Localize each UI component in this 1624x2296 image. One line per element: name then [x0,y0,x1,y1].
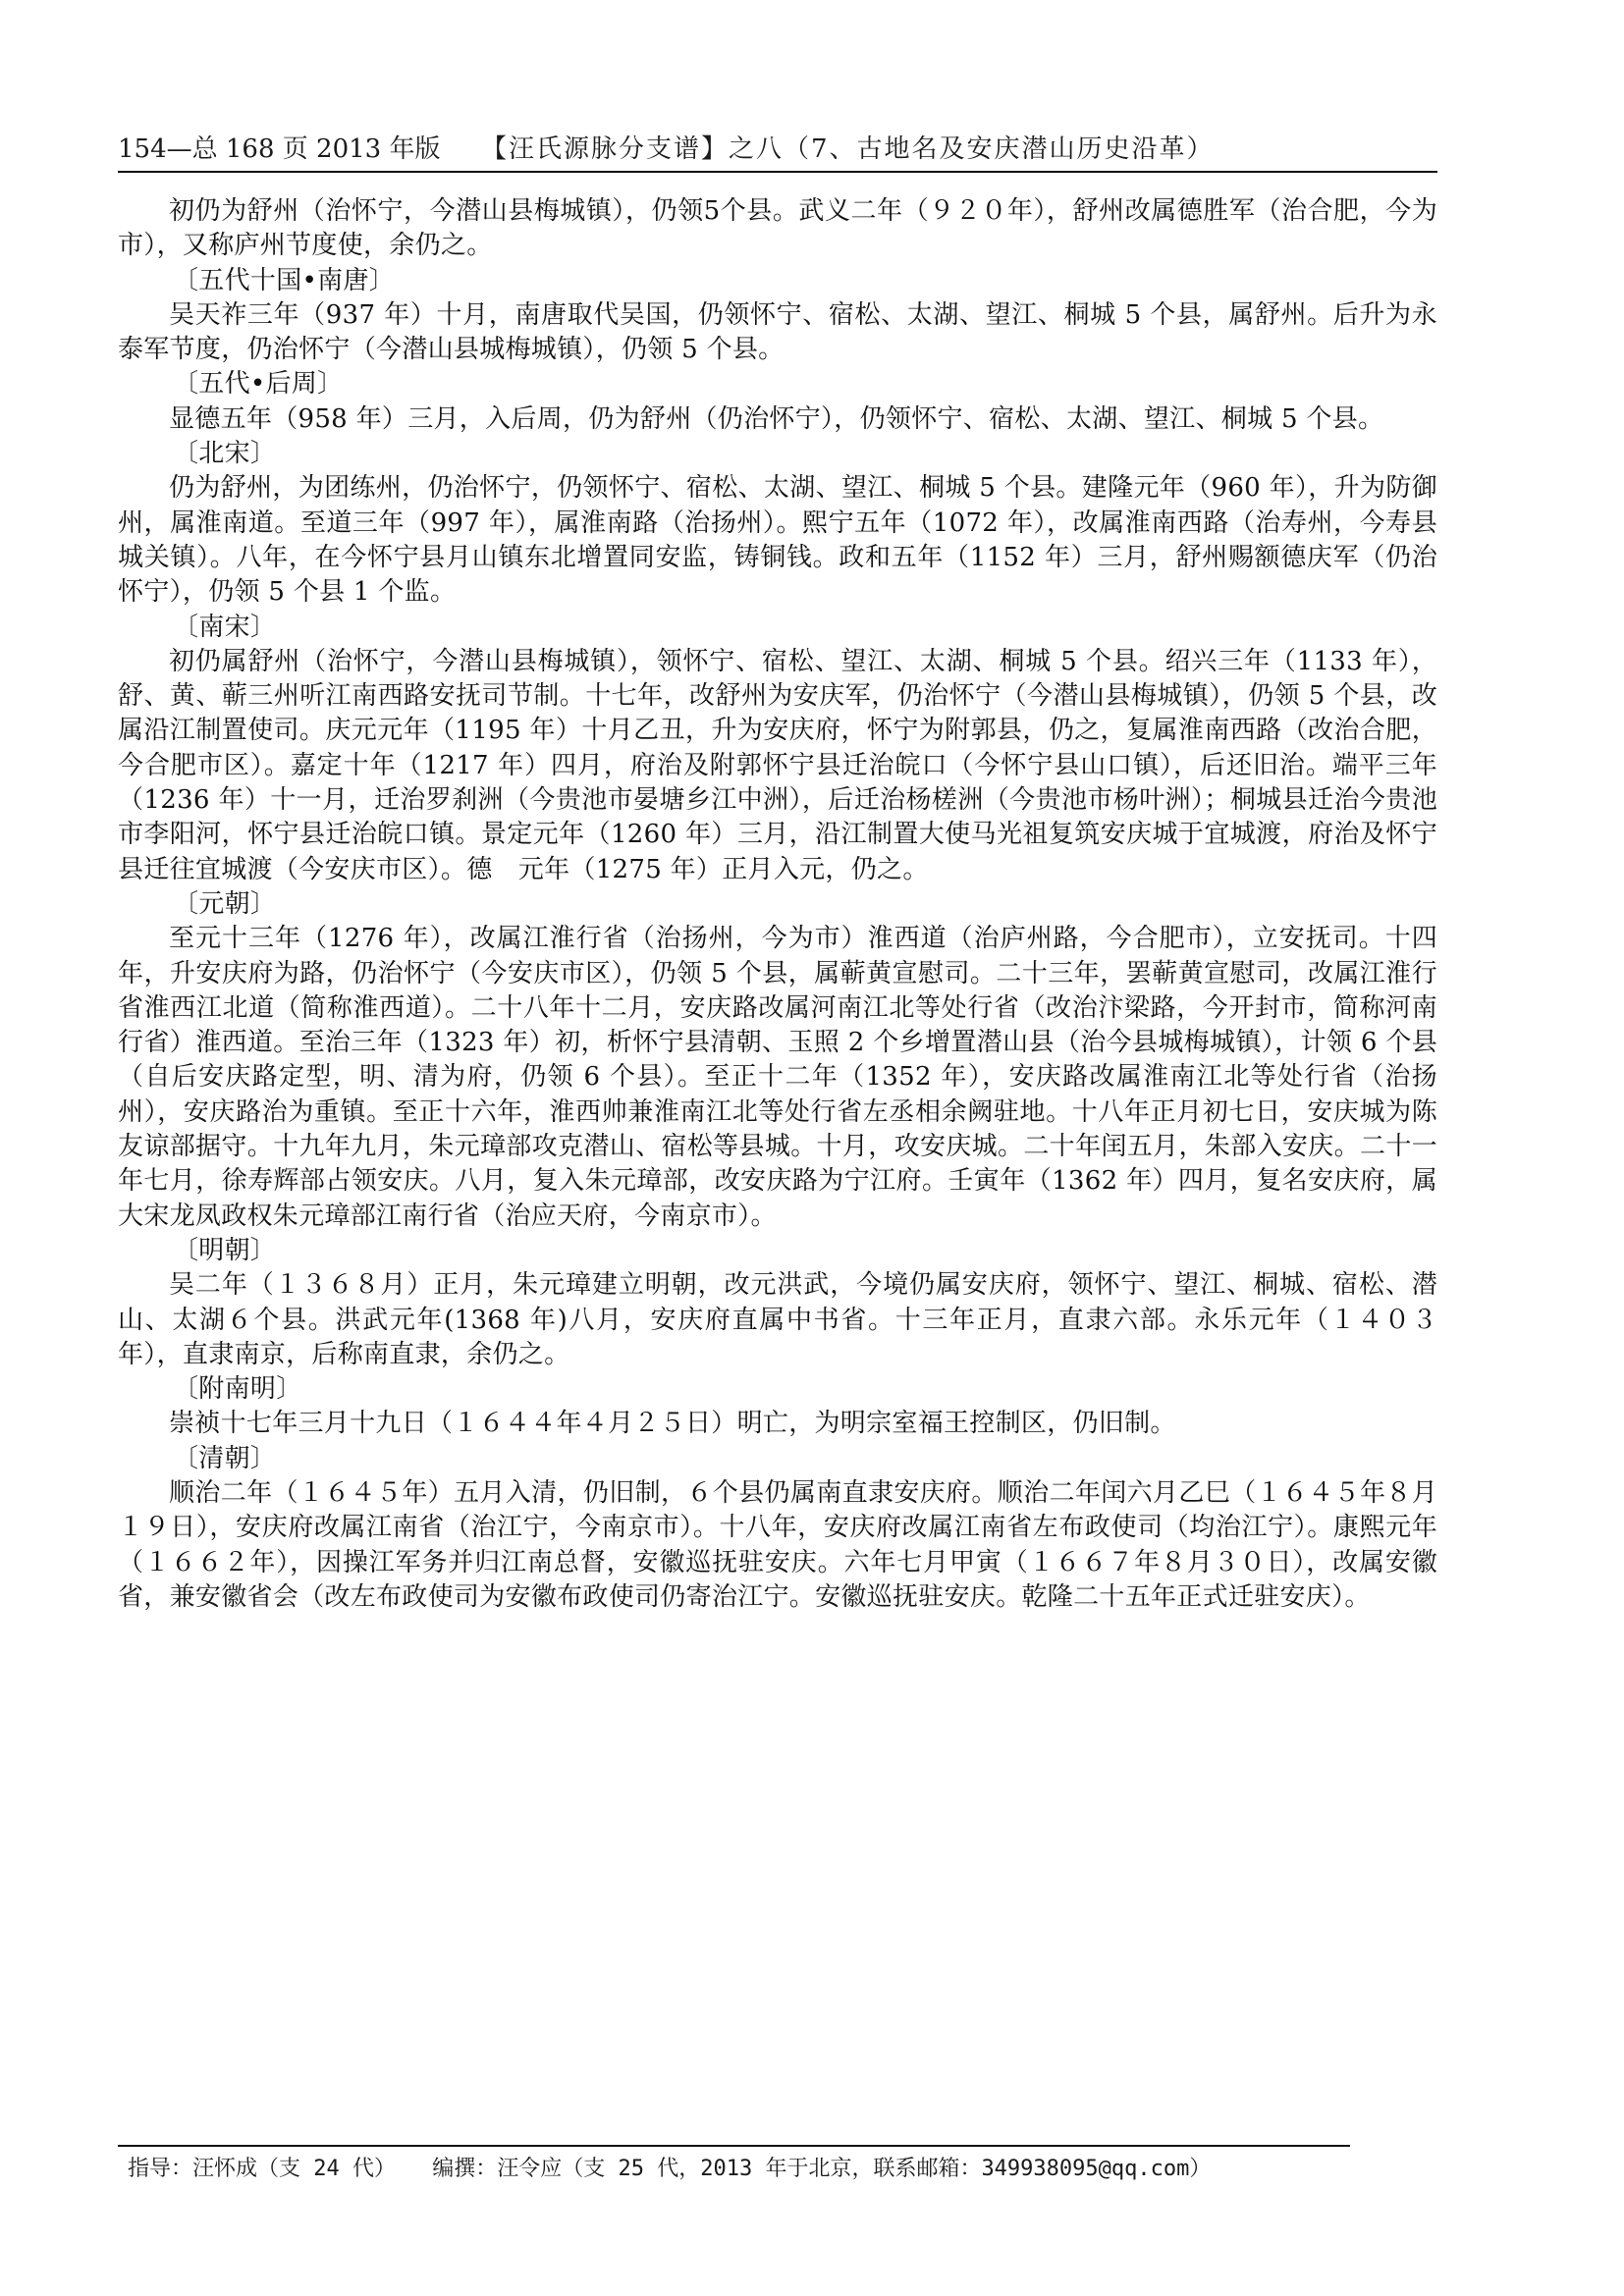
section-heading: 〔五代•后周〕 [118,367,1437,401]
page-header: 154—总 168 页 2013 年版 【汪氏源脉分支谱】之八（7、古地名及安庆… [118,130,1437,169]
paragraph: 吴天祚三年（937 年）十月，南唐取代吴国，仍领怀宁、宿松、太湖、望江、桐城 5… [118,298,1437,368]
paragraph: 显德五年（958 年）三月，入后周，仍为舒州（仍治怀宁），仍领怀宁、宿松、太湖、… [118,402,1437,437]
section-heading: 〔元朝〕 [118,887,1437,922]
section-heading: 〔南宋〕 [118,611,1437,645]
section-heading: 〔清朝〕 [118,1442,1437,1476]
paragraph: 仍为舒州，为团练州，仍治怀宁，仍领怀宁、宿松、太湖、望江、桐城 5 个县。建隆元… [118,471,1437,610]
page-number-info: 154—总 168 页 2013 年版 [118,130,481,169]
paragraph: 吴二年（１３６８月）正月，朱元璋建立明朝，改元洪武，今境仍属安庆府，领怀宁、望江… [118,1268,1437,1372]
footer-guide: 指导：汪怀成（支 24 代） [128,2157,396,2181]
footer-editor: 编撰：汪令应（支 25 代，2013 年于北京，联系邮箱：349938095@q… [432,2157,1211,2181]
body-content: 初仍为舒州（治怀宁，今潜山县梅城镇），仍领5个县。武义二年（９２０年），舒州改属… [118,194,1437,1615]
section-heading: 〔明朝〕 [118,1234,1437,1268]
section-heading: 〔五代十国•南唐〕 [118,264,1437,298]
paragraph: 顺治二年（１６４５年）五月入清，仍旧制，６个县仍属南直隶安庆府。顺治二年闰六月乙… [118,1476,1437,1615]
section-heading: 〔北宋〕 [118,437,1437,471]
paragraph: 崇祯十七年三月十九日（１６４４年４月２５日）明亡，为明宗室福王控制区，仍旧制。 [118,1407,1437,1441]
footer-divider [118,2145,1350,2147]
page-footer: 指导：汪怀成（支 24 代） 编撰：汪令应（支 25 代，2013 年于北京，联… [128,2155,1211,2184]
document-title: 【汪氏源脉分支谱】之八（7、古地名及安庆潜山历史沿革） [481,130,1215,169]
header-divider [118,171,1437,173]
paragraph: 初仍属舒州（治怀宁，今潜山县梅城镇），领怀宁、宿松、望江、太湖、桐城 5 个县。… [118,645,1437,887]
document-page: 154—总 168 页 2013 年版 【汪氏源脉分支谱】之八（7、古地名及安庆… [118,130,1437,169]
paragraph: 至元十三年（1276 年），改属江淮行省（治扬州，今为市）淮西道（治庐州路，今合… [118,922,1437,1234]
section-heading: 〔附南明〕 [118,1372,1437,1407]
paragraph: 初仍为舒州（治怀宁，今潜山县梅城镇），仍领5个县。武义二年（９２０年），舒州改属… [118,194,1437,264]
